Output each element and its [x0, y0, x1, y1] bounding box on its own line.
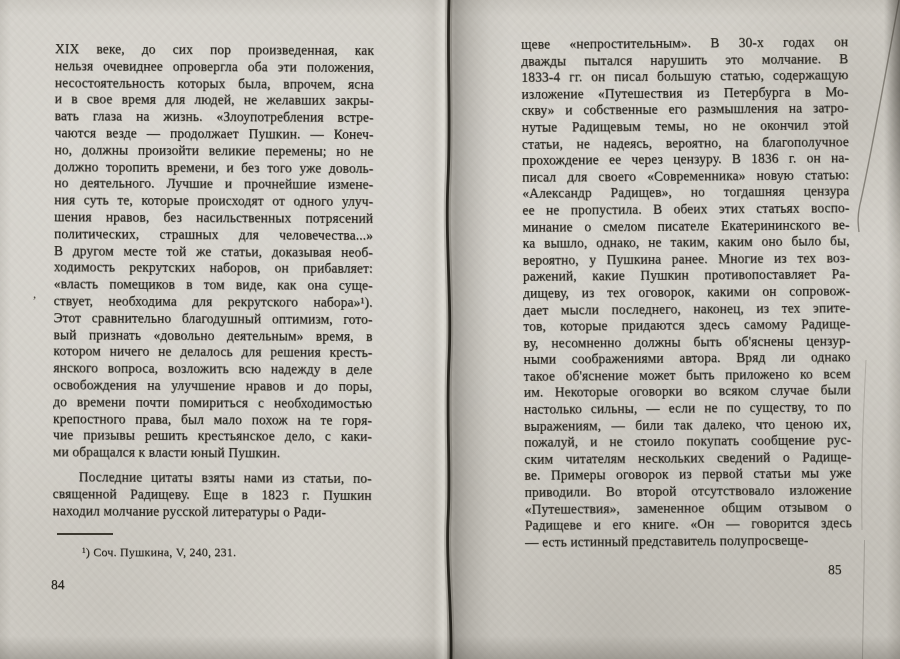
- left-page: XIX веке, до сих пор произведенная, какн…: [0, 0, 447, 659]
- text-line: политических, страшных для человечества.…: [54, 226, 373, 244]
- right-page: щеве «непростительным». В 30-х годах онд…: [447, 0, 900, 659]
- text-line: приводили. Во второй отсутствовало излож…: [525, 482, 852, 501]
- text-line: освобождения на улучшение нравов и до по…: [53, 377, 372, 395]
- text-line: дищеву, из тех оговорок, какими он сопро…: [523, 283, 850, 302]
- page-number-left: 84: [51, 577, 65, 593]
- text-line: крепостного права, был мало похож на те …: [53, 411, 372, 429]
- footnote-rule: [57, 533, 113, 535]
- text-line: XIX веке, до сих пор произведенная, как: [55, 41, 374, 59]
- paragraph: XIX веке, до сих пор произведенная, какн…: [53, 41, 374, 463]
- text-line: но деятельного. Лучшие и прочнейшие изме…: [54, 175, 373, 193]
- text-line: нельзя очевиднее опровергла оба эти поло…: [55, 58, 374, 76]
- text-line: — есть истинный представитель полупросве…: [525, 532, 852, 551]
- text-line: нутые Радищевым темы, но не окончил этой: [522, 117, 849, 136]
- text-line: Этот сравнительно благодушный оптимизм, …: [54, 310, 373, 328]
- text-line: чаются везде — продолжает Пушкин. — Коне…: [54, 125, 373, 143]
- text-line: настолько сильны, — если не по существу,…: [524, 399, 851, 418]
- text-line: котором ничего не делалось для решения к…: [53, 343, 372, 361]
- text-line: но, должны произойти великие перемены; н…: [54, 142, 373, 160]
- text-line: ствует, необходима для рекрутского набор…: [54, 293, 373, 311]
- text-line: ми обращался к власти юный Пушкин.: [53, 444, 372, 462]
- text-line: до времени почти помириться с необходимо…: [53, 394, 372, 412]
- footnote-text: ¹) Соч. Пушкина, V, 240, 231.: [82, 545, 236, 560]
- left-page-text: XIX веке, до сих пор произведенная, какн…: [52, 41, 374, 521]
- text-line: ходимость рекрутских наборов, он прибавл…: [54, 259, 373, 277]
- text-line: щеве «непростительным». В 30-х годах он: [521, 34, 848, 53]
- text-line: находил молчание русской литературы о Ра…: [52, 503, 371, 521]
- text-line: чие призывы решить крестьянское дело, с …: [53, 427, 372, 445]
- text-line: вать глаза на жизнь. «Злоупотребления вс…: [55, 108, 374, 126]
- text-line: священной Радищеву. Еще в 1823 г. Пушкин: [53, 486, 372, 504]
- text-line: и в свое время для людей, не желавших за…: [55, 91, 374, 109]
- text-line: янского вопроса, возложить всю надежду в…: [53, 360, 372, 378]
- text-line: ния суть те, которые происходят от одног…: [54, 192, 373, 210]
- text-line: В другом месте той же статьи, доказывая …: [54, 243, 373, 261]
- page-number-right: 85: [828, 562, 842, 578]
- book-scan: XIX веке, до сих пор произведенная, какн…: [0, 0, 900, 659]
- paragraph: Последние цитаты взяты нами из статьи, п…: [52, 469, 371, 521]
- text-line: шения нравов, без насильственных потрясе…: [54, 209, 373, 227]
- text-line: вый признать «довольно деятельным» время…: [53, 327, 372, 345]
- text-line: несостоятельность которых была, впрочем,…: [55, 75, 374, 93]
- right-page-text: щеве «непростительным». В 30-х годах онд…: [521, 34, 852, 551]
- paragraph: щеве «непростительным». В 30-х годах онд…: [521, 34, 852, 551]
- text-line: Последние цитаты взяты нами из статьи, п…: [53, 469, 372, 487]
- ink-speck: ,: [33, 286, 36, 302]
- text-line: «власть помещиков в том виде, как она су…: [54, 276, 373, 294]
- text-line: ее не пропустила. В обеих этих статьях в…: [522, 200, 849, 219]
- text-line: должно торопить времени, и без того уже …: [54, 159, 373, 177]
